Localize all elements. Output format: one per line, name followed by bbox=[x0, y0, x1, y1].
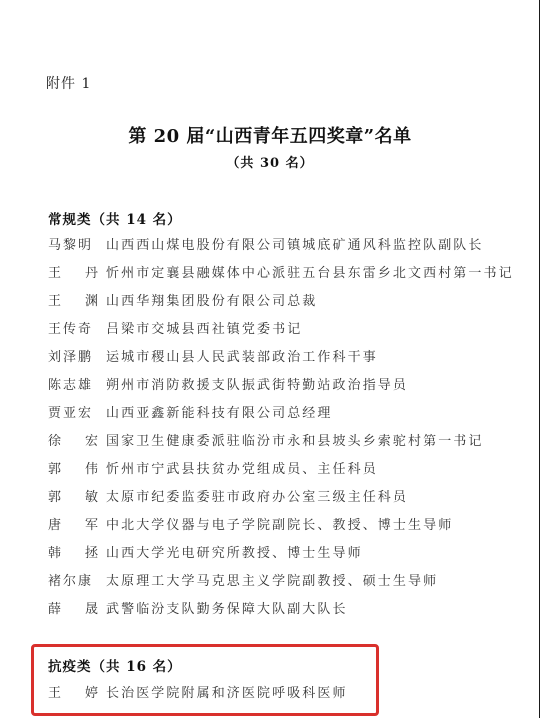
list-item: 薛晟 武警临汾支队勤务保障大队副大队长 bbox=[48, 597, 348, 617]
person-name: 马黎明 bbox=[48, 234, 106, 253]
list-item: 唐军 中北大学仪器与电子学院副院长、教授、博士生导师 bbox=[48, 513, 453, 533]
list-item: 郭伟 忻州市宁武县扶贫办党组成员、主任科员 bbox=[48, 457, 378, 477]
person-name: 王传奇 bbox=[48, 318, 106, 337]
document-title: 第 20 届“山西青年五四奖章”名单 bbox=[0, 122, 540, 148]
person-name: 韩拯 bbox=[48, 542, 106, 561]
list-item: 郭敏 太原市纪委监委驻市政府办公室三级主任科员 bbox=[48, 485, 408, 505]
person-name: 王渊 bbox=[48, 290, 106, 309]
list-item: 王婷 长治医学院附属和济医院呼吸科医师 bbox=[48, 681, 348, 701]
list-item: 刘泽鹏 运城市稷山县人民武装部政治工作科干事 bbox=[48, 345, 378, 365]
list-item: 马黎明 山西西山煤电股份有限公司镇城底矿通风科监控队副队长 bbox=[48, 233, 484, 253]
list-item: 贾亚宏 山西亚鑫新能科技有限公司总经理 bbox=[48, 401, 333, 421]
section-heading-pandemic: 抗疫类（共 16 名） bbox=[48, 655, 182, 675]
list-item: 褚尔康 太原理工大学马克思主义学院副教授、硕士生导师 bbox=[48, 569, 438, 589]
person-description: 山西大学光电研究所教授、博士生导师 bbox=[106, 542, 363, 561]
person-description: 朔州市消防救援支队振武街特勤站政治指导员 bbox=[106, 374, 408, 393]
person-description: 忻州市定襄县融媒体中心派驻五台县东雷乡北文西村第一书记 bbox=[106, 262, 514, 281]
person-description: 运城市稷山县人民武装部政治工作科干事 bbox=[106, 346, 378, 365]
list-item: 徐宏 国家卫生健康委派驻临汾市永和县坡头乡索驼村第一书记 bbox=[48, 429, 484, 449]
attachment-label: 附件 1 bbox=[46, 73, 91, 93]
person-name: 贾亚宏 bbox=[48, 402, 106, 421]
section-heading-regular: 常规类（共 14 名） bbox=[48, 208, 182, 228]
person-name: 褚尔康 bbox=[48, 570, 106, 589]
person-description: 山西西山煤电股份有限公司镇城底矿通风科监控队副队长 bbox=[106, 234, 484, 253]
document-subtitle: （共 30 名） bbox=[0, 152, 540, 171]
person-name: 刘泽鹏 bbox=[48, 346, 106, 365]
person-description: 山西华翔集团股份有限公司总裁 bbox=[106, 290, 317, 309]
person-description: 太原理工大学马克思主义学院副教授、硕士生导师 bbox=[106, 570, 438, 589]
person-name: 薛晟 bbox=[48, 598, 106, 617]
person-name: 陈志雄 bbox=[48, 374, 106, 393]
person-name: 唐军 bbox=[48, 514, 106, 533]
person-description: 武警临汾支队勤务保障大队副大队长 bbox=[106, 598, 348, 617]
list-item: 王渊 山西华翔集团股份有限公司总裁 bbox=[48, 289, 317, 309]
person-description: 山西亚鑫新能科技有限公司总经理 bbox=[106, 402, 333, 421]
person-description: 中北大学仪器与电子学院副院长、教授、博士生导师 bbox=[106, 514, 453, 533]
person-name: 郭敏 bbox=[48, 486, 106, 505]
person-name: 王婷 bbox=[48, 682, 106, 701]
person-description: 国家卫生健康委派驻临汾市永和县坡头乡索驼村第一书记 bbox=[106, 430, 484, 449]
person-description: 忻州市宁武县扶贫办党组成员、主任科员 bbox=[106, 458, 378, 477]
person-name: 王丹 bbox=[48, 262, 106, 281]
person-name: 徐宏 bbox=[48, 430, 106, 449]
list-item: 王传奇 吕梁市交城县西社镇党委书记 bbox=[48, 317, 302, 337]
person-description: 太原市纪委监委驻市政府办公室三级主任科员 bbox=[106, 486, 408, 505]
person-description: 长治医学院附属和济医院呼吸科医师 bbox=[106, 682, 348, 701]
person-name: 郭伟 bbox=[48, 458, 106, 477]
list-item: 韩拯 山西大学光电研究所教授、博士生导师 bbox=[48, 541, 363, 561]
person-description: 吕梁市交城县西社镇党委书记 bbox=[106, 318, 302, 337]
list-item: 王丹 忻州市定襄县融媒体中心派驻五台县东雷乡北文西村第一书记 bbox=[48, 261, 514, 281]
list-item: 陈志雄 朔州市消防救援支队振武街特勤站政治指导员 bbox=[48, 373, 408, 393]
